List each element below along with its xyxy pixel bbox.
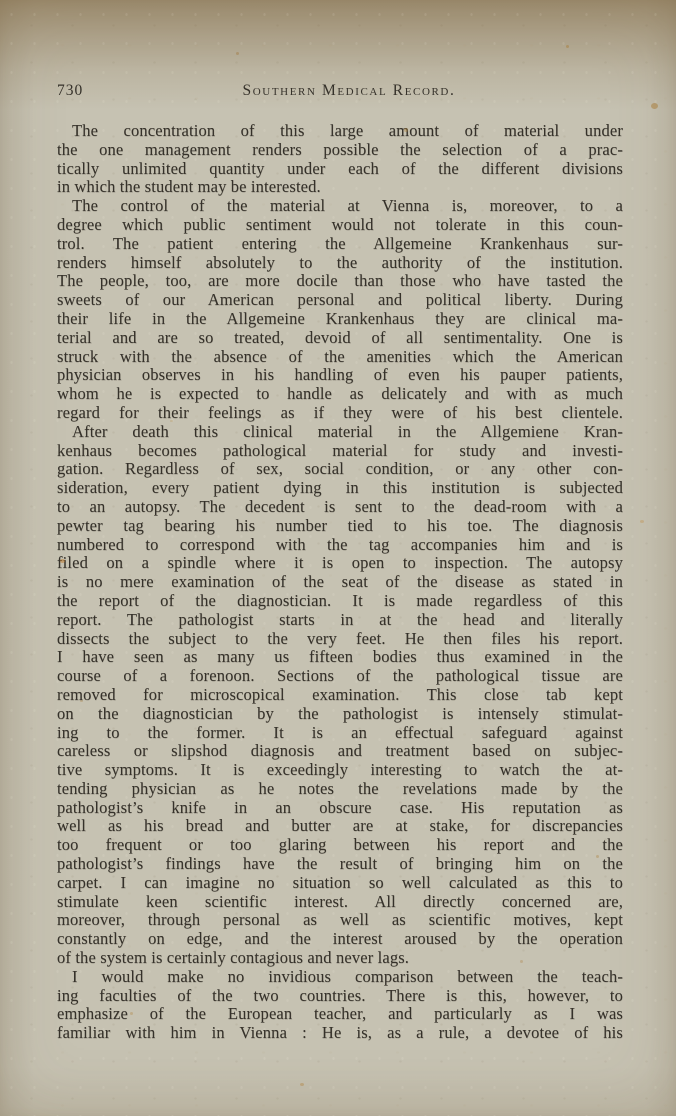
journal-title: Southern Medical Record. <box>243 82 456 100</box>
scanned-document: { "document": { "page_number": "730", "r… <box>0 0 676 1116</box>
text-line: their life in the Allgemeine Krankenhaus… <box>57 310 623 329</box>
page-number: 730 <box>57 82 83 100</box>
text-line: pewter tag bearing his number tied to hi… <box>57 517 623 536</box>
text-line: on the diagnostician by the pathologist … <box>57 705 623 724</box>
text-line: numbered to correspond with the tag acco… <box>57 536 623 555</box>
paper-speck <box>300 1083 304 1086</box>
text-line: removed for microscopical examination. T… <box>57 686 623 705</box>
text-line: physician observes in his handling of ev… <box>57 366 623 385</box>
text-line: struck with the absence of the amenities… <box>57 348 623 367</box>
text-line: degree which public sentiment would not … <box>57 216 623 235</box>
text-line: constantly on edge, and the interest aro… <box>57 930 623 949</box>
text-line: The control of the material at Vienna is… <box>57 197 623 216</box>
text-line: tending physician as he notes the revela… <box>57 780 623 799</box>
text-line: is no mere examination of the seat of th… <box>57 573 623 592</box>
text-line: regard for their feelings as if they wer… <box>57 404 623 423</box>
text-line: I have seen as many us fifteen bodies th… <box>57 648 623 667</box>
paper-speck <box>651 103 658 109</box>
book-page: 730 Southern Medical Record. The concent… <box>0 0 676 1116</box>
text-line: pathologist’s knife in an obscure case. … <box>57 799 623 818</box>
text-line: After death this clinical material in th… <box>57 423 623 442</box>
paper-speck <box>640 520 644 523</box>
text-line: to an autopsy. The decedent is sent to t… <box>57 498 623 517</box>
text-line: filed on a spindle where it is open to i… <box>57 554 623 573</box>
text-line: ing faculties of the two countries. Ther… <box>57 987 623 1006</box>
paragraph: The concentration of this large amount o… <box>57 122 623 197</box>
text-line: dissects the subject to the very feet. H… <box>57 630 623 649</box>
text-line: tive symptoms. It is exceedingly interes… <box>57 761 623 780</box>
text-line: terial and are so treated, devoid of all… <box>57 329 623 348</box>
text-line: I would make no invidious comparison bet… <box>57 968 623 987</box>
text-line: the one management renders possible the … <box>57 141 623 160</box>
text-line: pathologist’s findings have the result o… <box>57 855 623 874</box>
text-line: too frequent or too glaring between his … <box>57 836 623 855</box>
paper-speck <box>236 52 239 55</box>
paper-speck <box>566 45 569 48</box>
text-line: kenhaus becomes pathological material fo… <box>57 442 623 461</box>
text-line: The concentration of this large amount o… <box>57 122 623 141</box>
running-header: 730 Southern Medical Record. <box>57 82 623 102</box>
text-line: moreover, through personal as well as sc… <box>57 911 623 930</box>
text-line: ing to the former. It is an effectual sa… <box>57 724 623 743</box>
text-line: familiar with him in Vienna : He is, as … <box>57 1024 623 1043</box>
text-line: sideration, every patient dying in this … <box>57 479 623 498</box>
text-line: The people, too, are more docile than th… <box>57 272 623 291</box>
text-line: trol. The patient entering the Allgemein… <box>57 235 623 254</box>
text-line: in which the student may be interested. <box>57 178 623 197</box>
text-line: sweets of our American personal and poli… <box>57 291 623 310</box>
text-line: renders himself absolutely to the author… <box>57 254 623 273</box>
text-line: careless or slipshod diagnosis and treat… <box>57 742 623 761</box>
text-block: The concentration of this large amount o… <box>57 122 623 1043</box>
text-line: carpet. I can imagine no situation so we… <box>57 874 623 893</box>
text-line: of the system is certainly contagious an… <box>57 949 623 968</box>
text-line: course of a forenoon. Sections of the pa… <box>57 667 623 686</box>
text-line: emphasize of the European teacher, and p… <box>57 1005 623 1024</box>
text-line: whom he is expected to handle as delicat… <box>57 385 623 404</box>
text-line: well as his bread and butter are at stak… <box>57 817 623 836</box>
text-line: gation. Regardless of sex, social condit… <box>57 460 623 479</box>
paragraph: The control of the material at Vienna is… <box>57 197 623 423</box>
text-line: report. The pathologist starts in at the… <box>57 611 623 630</box>
text-line: the report of the diagnostician. It is m… <box>57 592 623 611</box>
text-line: tically unlimited quantity under each of… <box>57 160 623 179</box>
text-line: stimulate keen scientific interest. All … <box>57 893 623 912</box>
paragraph: After death this clinical material in th… <box>57 423 623 968</box>
paragraph: I would make no invidious comparison bet… <box>57 968 623 1043</box>
